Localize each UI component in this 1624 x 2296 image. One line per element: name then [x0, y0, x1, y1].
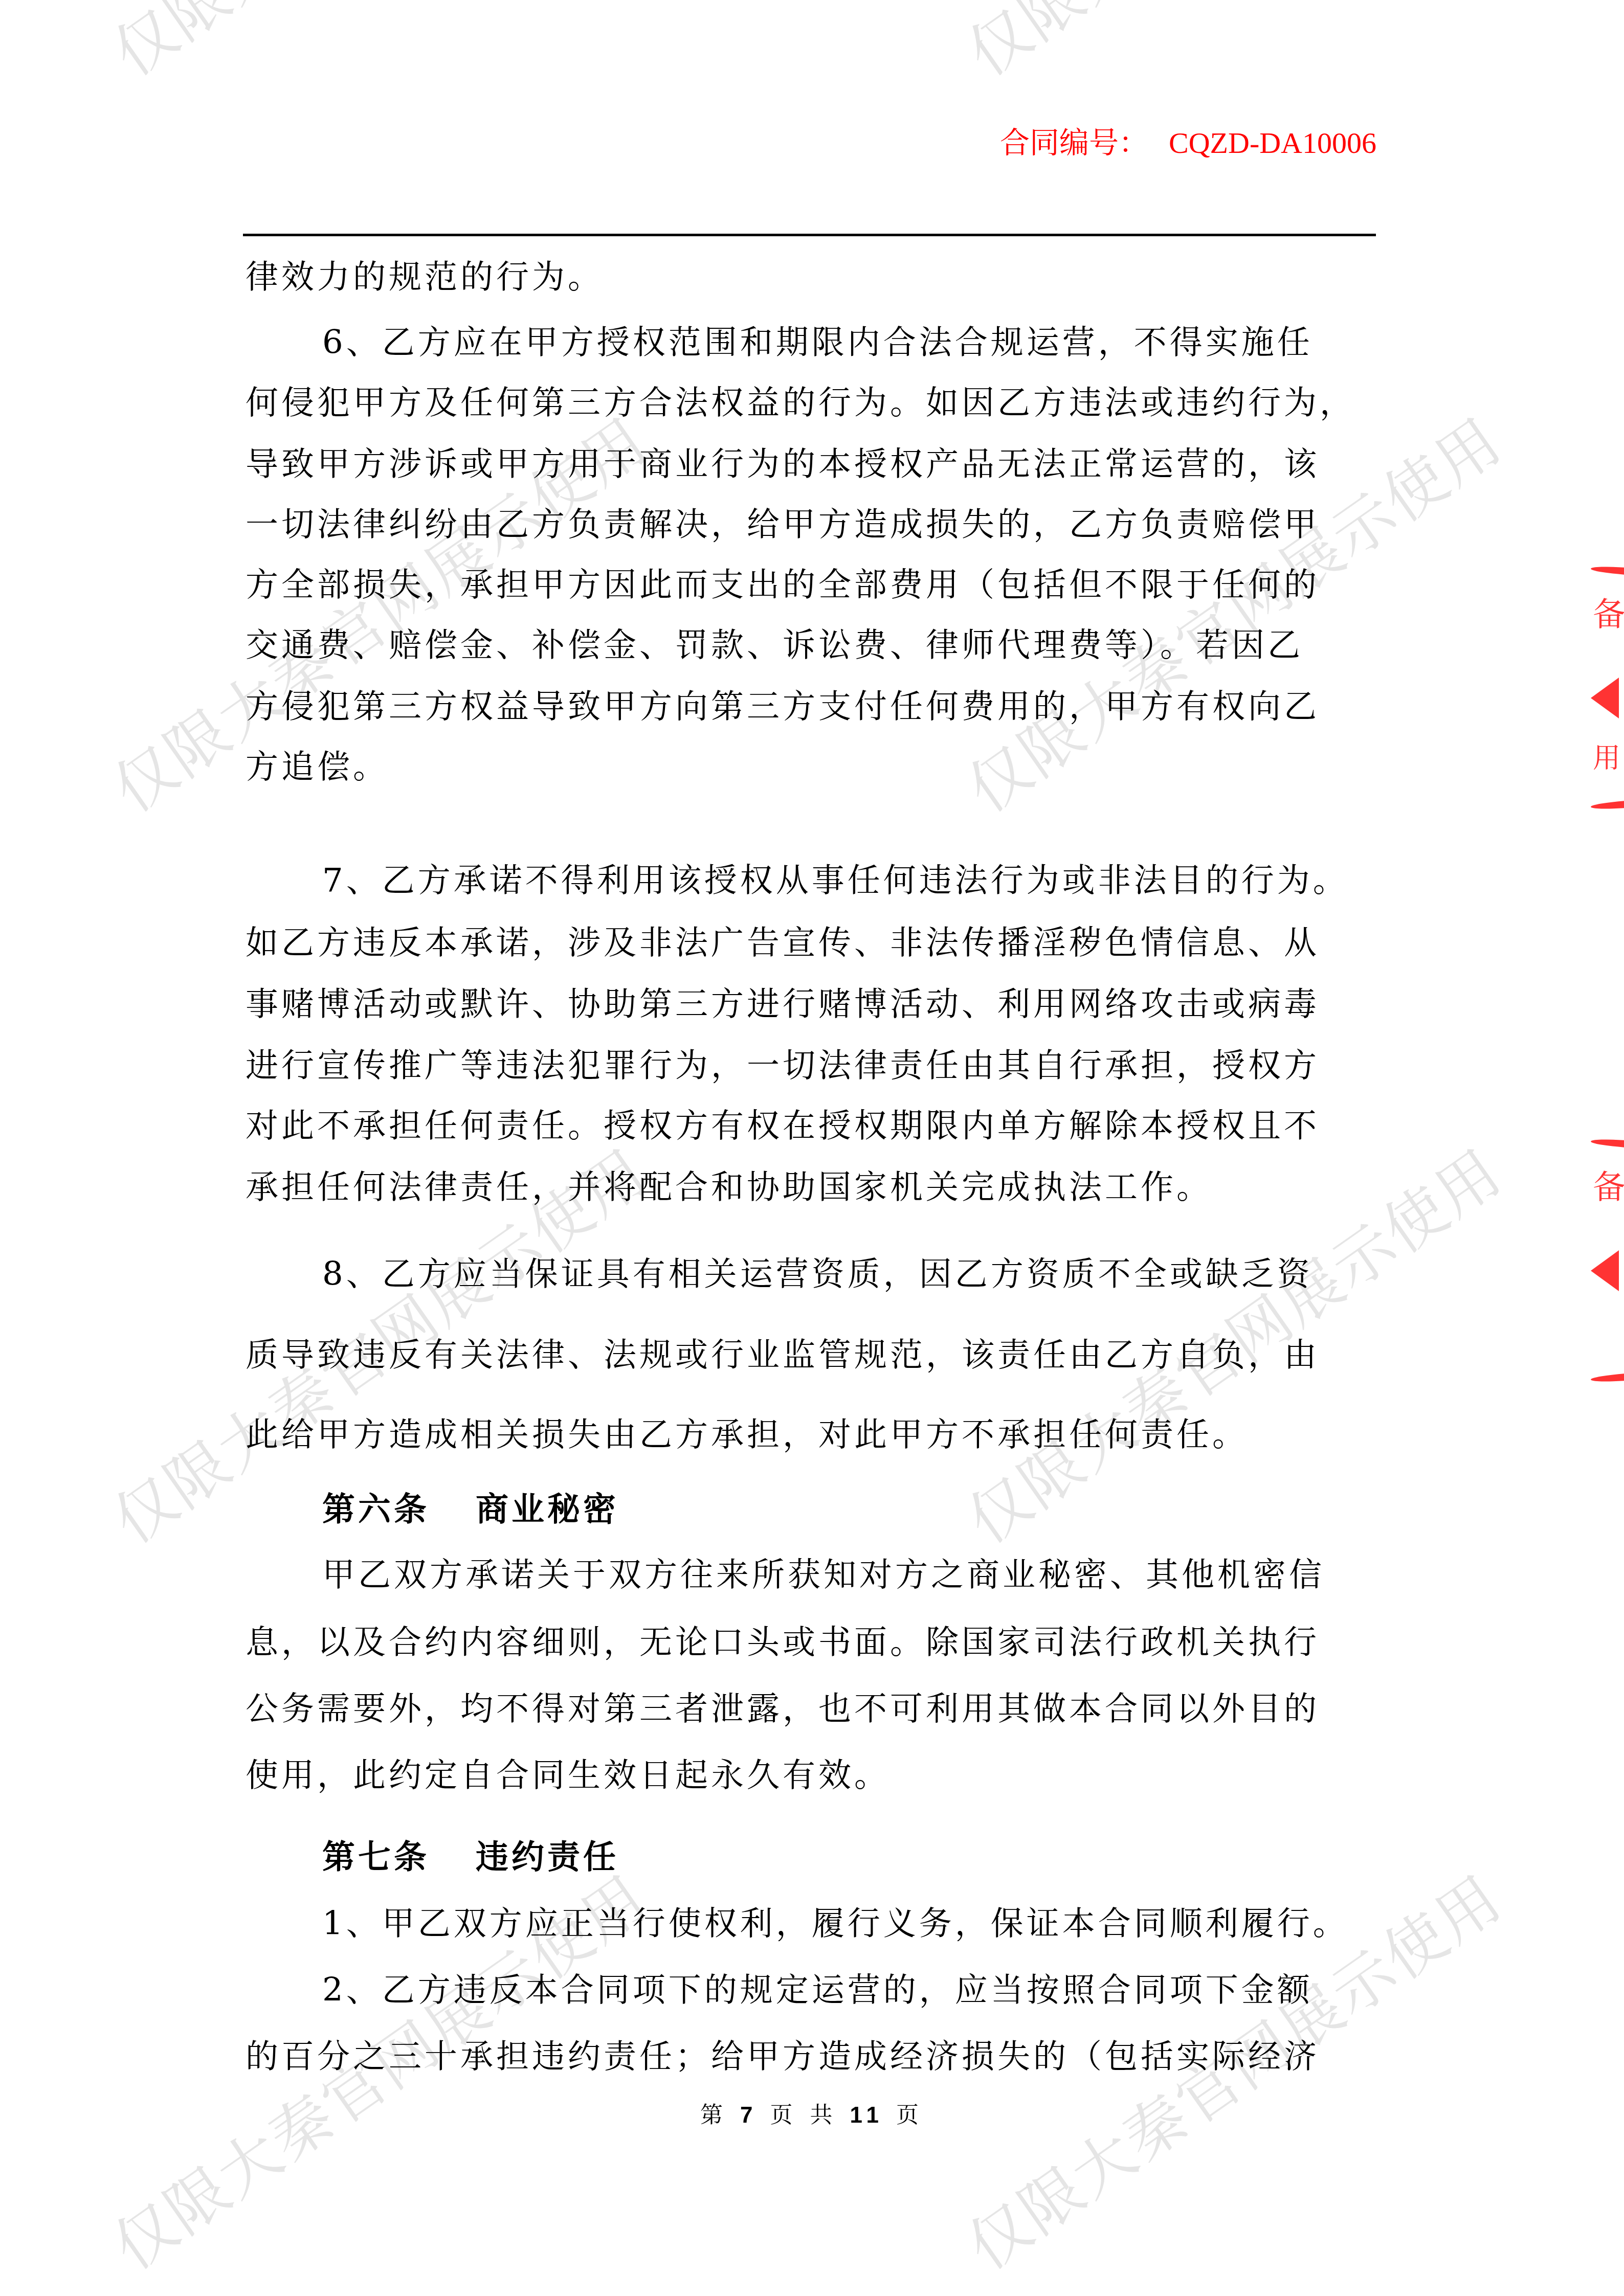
seal-arc — [1591, 798, 1624, 811]
text-line: 2、乙方违反本合同项下的规定运营的，应当按照合同项下金额 — [322, 1964, 1313, 2011]
footer-middle: 页 共 — [770, 2102, 837, 2128]
text-line: 律效力的规范的行为。 — [246, 251, 604, 298]
text-line: 导致甲方涉诉或甲方用于商业行为的本授权产品无法正常运营的，该 — [246, 438, 1320, 485]
text-line: 事赌博活动或默许、协助第三方进行赌博活动、利用网络攻击或病毒 — [246, 978, 1320, 1025]
clause-6: 6、乙方应在甲方授权范围和期限内合法合规运营，不得实施任 — [322, 316, 1313, 363]
article-6-number: 第六条 — [322, 1490, 430, 1528]
contract-number: 合同编号：CQZD-DA10006 — [1000, 119, 1376, 162]
text-line: 对此不承担任何责任。授权方有权在授权期限内单方解除本授权且不 — [246, 1099, 1320, 1146]
contract-number-code: CQZD-DA10006 — [1169, 126, 1376, 160]
text-line: 甲乙双方承诺关于双方往来所获知对方之商业秘密、其他机密信 — [322, 1548, 1325, 1595]
seal-stamp: 备 用 — [1591, 568, 1624, 808]
clause-8: 8、乙方应当保证具有相关运营资质，因乙方资质不全或缺乏资 — [322, 1248, 1313, 1295]
watermark: 仅限大秦官网展示使用 — [93, 0, 662, 93]
text-line: 方侵犯第三方权益导致甲方向第三方支付任何费用的，甲方有权向乙 — [246, 680, 1320, 727]
seal-stamp: 备 — [1591, 1140, 1624, 1381]
article-7-heading: 第七条违约责任 — [322, 1831, 619, 1878]
text-line: 质导致违反有关法律、法规或行业监管规范，该责任由乙方自负，由 — [246, 1329, 1320, 1376]
text-line: 承担任何法律责任，并将配合和协助国家机关完成执法工作。 — [246, 1161, 1212, 1208]
text-line: 公务需要外，均不得对第三者泄露，也不可利用其做本合同以外目的 — [246, 1682, 1320, 1729]
page-number: 7 — [740, 2103, 758, 2128]
footer-prefix: 第 — [700, 2102, 728, 2128]
text-line: 的百分之三十承担违约责任；给甲方造成经济损失的（包括实际经济 — [246, 2030, 1320, 2077]
text-line: 如乙方违反本承诺，涉及非法广告宣传、非法传播淫秽色情信息、从 — [246, 916, 1320, 963]
seal-char: 用 — [1593, 736, 1620, 776]
seal-arc — [1591, 565, 1624, 577]
text-line: 使用，此约定自合同生效日起永久有效。 — [246, 1749, 890, 1796]
contract-number-label: 合同编号： — [1000, 125, 1148, 160]
text-line: 一切法律纠纷由乙方负责解决，给甲方造成损失的，乙方负责赔偿甲 — [246, 498, 1320, 545]
seal-char: 备 — [1593, 588, 1624, 635]
text-line: 息，以及合约内容细则，无论口头或书面。除国家司法行政机关执行 — [246, 1616, 1320, 1663]
text-line: 此给甲方造成相关损失由乙方承担，对此甲方不承担任何责任。 — [246, 1408, 1248, 1455]
article-6-heading: 第六条商业秘密 — [322, 1483, 619, 1530]
article-6-title: 商业秘密 — [476, 1490, 619, 1528]
seal-star-icon — [1591, 678, 1619, 718]
text-line: 交通费、赔偿金、补偿金、罚款、诉讼费、律师代理费等）。若因乙 — [246, 619, 1303, 666]
page-footer: 第 7 页 共 11 页 — [0, 2097, 1624, 2129]
watermark: 仅限大秦官网展示使用 — [947, 0, 1517, 93]
seal-arc — [1591, 1371, 1624, 1383]
text-line: 进行宣传推广等违法犯罪行为，一切法律责任由其自行承担，授权方 — [246, 1039, 1320, 1086]
seal-char: 备 — [1593, 1161, 1624, 1208]
article-7-title: 违约责任 — [476, 1838, 619, 1876]
page-total: 11 — [850, 2103, 884, 2128]
clause-7: 7、乙方承诺不得利用该授权从事任何违法行为或非法目的行为。 — [322, 854, 1349, 901]
text-line: 何侵犯甲方及任何第三方合法权益的行为。如因乙方违法或违约行为， — [246, 376, 1355, 423]
header-divider — [243, 234, 1376, 236]
text-line: 方全部损失，承担甲方因此而支出的全部费用（包括但不限于任何的 — [246, 558, 1320, 605]
seal-star-icon — [1591, 1250, 1619, 1291]
text-line: 方追偿。 — [246, 740, 389, 787]
article-7-number: 第七条 — [322, 1838, 430, 1876]
seal-arc — [1591, 1138, 1624, 1150]
footer-suffix: 页 — [896, 2102, 924, 2128]
text-line: 1、甲乙双方应正当行使权利，履行义务，保证本合同顺利履行。 — [322, 1897, 1349, 1944]
